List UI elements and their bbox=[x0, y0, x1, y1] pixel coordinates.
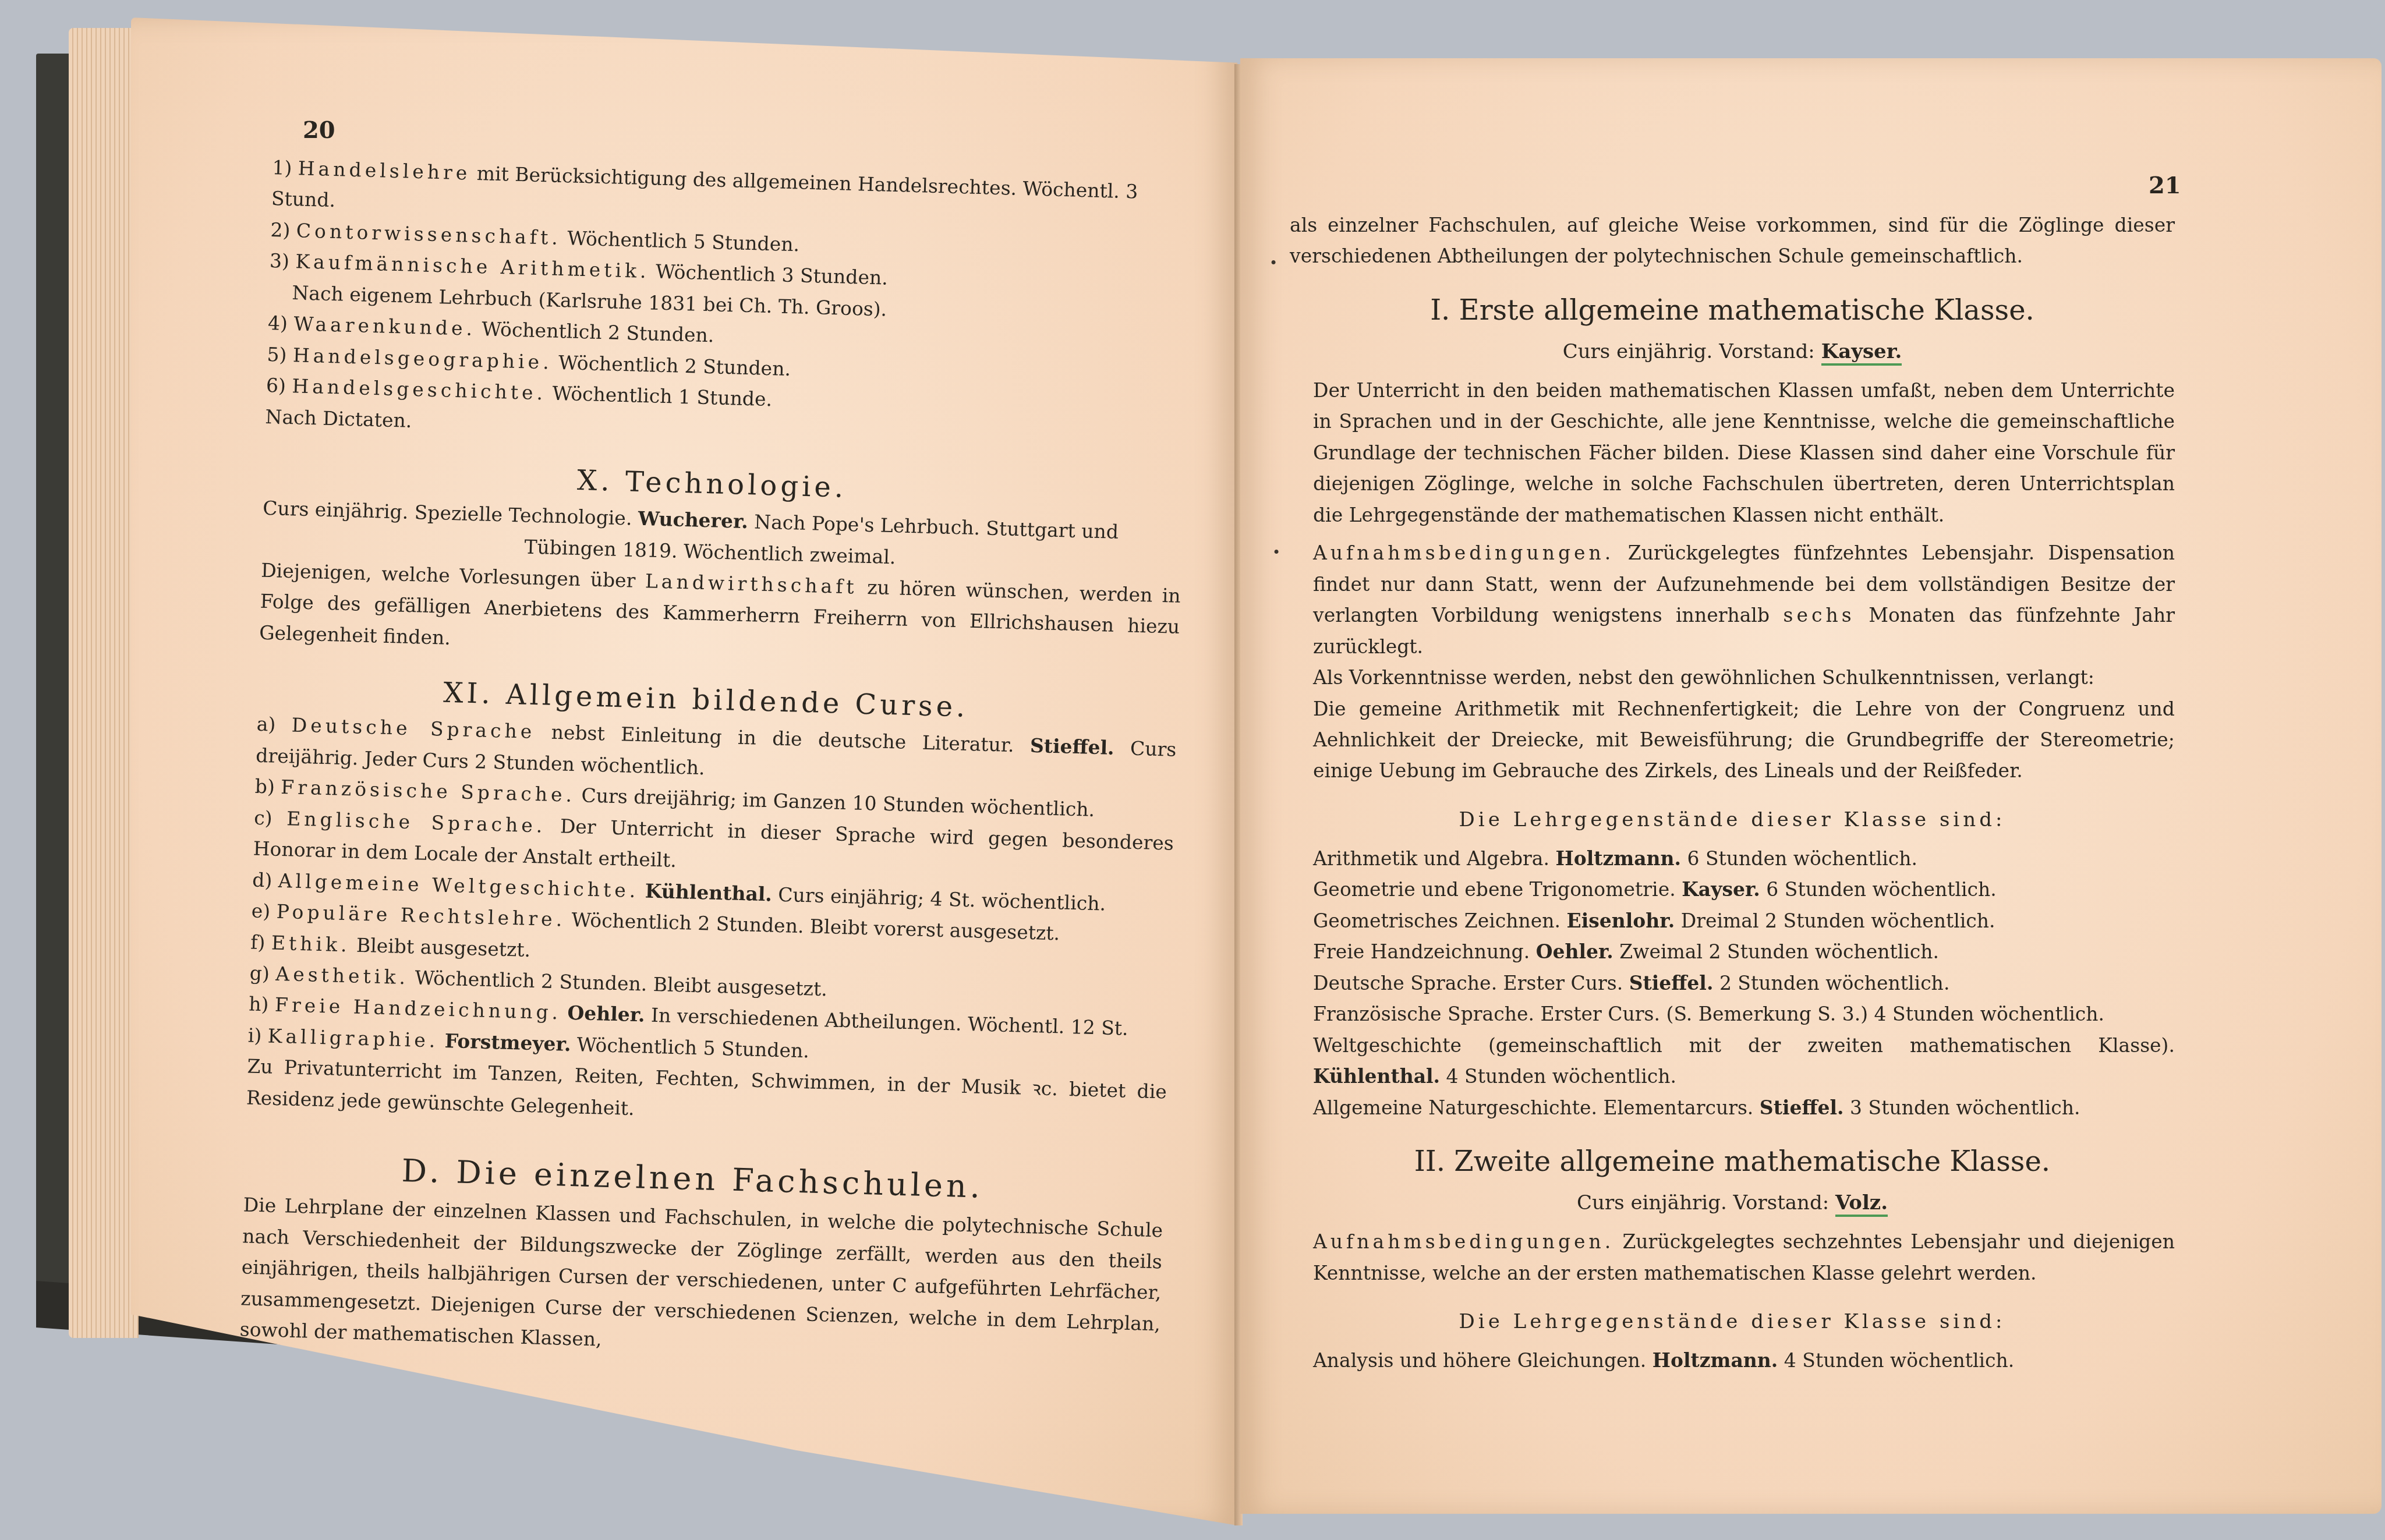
book-cover-edge bbox=[36, 54, 71, 1311]
paragraph: Die gemeine Arithmetik mit Rechnenfertig… bbox=[1290, 693, 2175, 787]
subject: Waarenkunde. bbox=[293, 312, 476, 340]
paragraph: Der Unterricht in den beiden mathematisc… bbox=[1290, 375, 2175, 530]
list-item: Allgemeine Naturgeschichte. Elementarcur… bbox=[1290, 1092, 2175, 1123]
subject: Contorwissenschaft. bbox=[296, 219, 561, 249]
teacher-name: Stieffel. bbox=[1029, 734, 1114, 759]
subjects-list: Arithmetik und Algebra. Holtzmann. 6 Stu… bbox=[1290, 843, 2175, 1123]
subjects-heading: Die Lehrgegenstände dieser Klasse sind: bbox=[1290, 1306, 2175, 1338]
list-item: Deutsche Sprache. Erster Curs. Stieffel.… bbox=[1290, 968, 2175, 999]
head-name: Volz. bbox=[1835, 1191, 1888, 1217]
margin-mark: • bbox=[1269, 255, 1278, 271]
subject: Handelsgeographie. bbox=[292, 344, 553, 373]
list-item: Freie Handzeichnung. Oehler. Zweimal 2 S… bbox=[1290, 936, 2175, 967]
commerce-list: 1) Handelslehre mit Berücksichtigung des… bbox=[242, 151, 1192, 458]
subject: Handelslehre bbox=[298, 157, 470, 184]
paragraph: Aufnahmsbedingungen. Zurückgelegtes fünf… bbox=[1290, 537, 2175, 662]
subjects-heading: Die Lehrgegenstände dieser Klasse sind: bbox=[1290, 804, 2175, 836]
class-2-course: Curs einjährig. Vorstand: Volz. bbox=[1290, 1187, 2175, 1219]
course-list: a) Deutsche Sprache nebst Einleitung in … bbox=[222, 708, 1177, 1139]
paragraph: als einzelner Fachschulen, auf gleiche W… bbox=[1290, 210, 2175, 272]
list-item: Französische Sprache. Erster Curs. (S. B… bbox=[1290, 999, 2175, 1029]
right-page-text: als einzelner Fachschulen, auf gleiche W… bbox=[1290, 175, 2175, 1376]
teacher-name: Forstmeyer. bbox=[444, 1029, 571, 1056]
list-item: Analysis und höhere Gleichungen. Holtzma… bbox=[1290, 1345, 2175, 1376]
subject: Kaufmännische Arithmetik. bbox=[295, 250, 650, 283]
list-item: Weltgeschichte (gemeinschaftlich mit der… bbox=[1290, 1030, 2175, 1092]
page-stack-edges bbox=[69, 28, 139, 1338]
teacher-name: Kühlenthal. bbox=[645, 879, 772, 905]
teacher-name: Oehler. bbox=[567, 1001, 645, 1026]
list-item: Geometrie und ebene Trigonometrie. Kayse… bbox=[1290, 874, 2175, 905]
class-1-course: Curs einjährig. Vorstand: Kayser. bbox=[1290, 336, 2175, 368]
margin-mark: • bbox=[1272, 544, 1280, 561]
paragraph: Aufnahmsbedingungen. Zurückgelegtes sech… bbox=[1290, 1226, 2175, 1288]
list-item: Geometrisches Zeichnen. Eisenlohr. Dreim… bbox=[1290, 905, 2175, 936]
list-item: Arithmetik und Algebra. Holtzmann. 6 Stu… bbox=[1290, 843, 2175, 874]
left-page-text: 1) Handelslehre mit Berücksichtigung des… bbox=[216, 116, 1193, 1371]
subject: Handelsgeschichte. bbox=[292, 374, 547, 404]
paragraph: Die Lehrplane der einzelnen Klassen und … bbox=[216, 1189, 1163, 1371]
paragraph: Als Vorkenntnisse werden, nebst den gewö… bbox=[1290, 662, 2175, 693]
teacher-name: Wucherer. bbox=[638, 507, 748, 533]
head-name: Kayser. bbox=[1821, 340, 1902, 366]
class-2-heading: II. Zweite allgemeine mathematische Klas… bbox=[1290, 1145, 2175, 1178]
class-1-heading: I. Erste allgemeine mathematische Klasse… bbox=[1290, 294, 2175, 327]
